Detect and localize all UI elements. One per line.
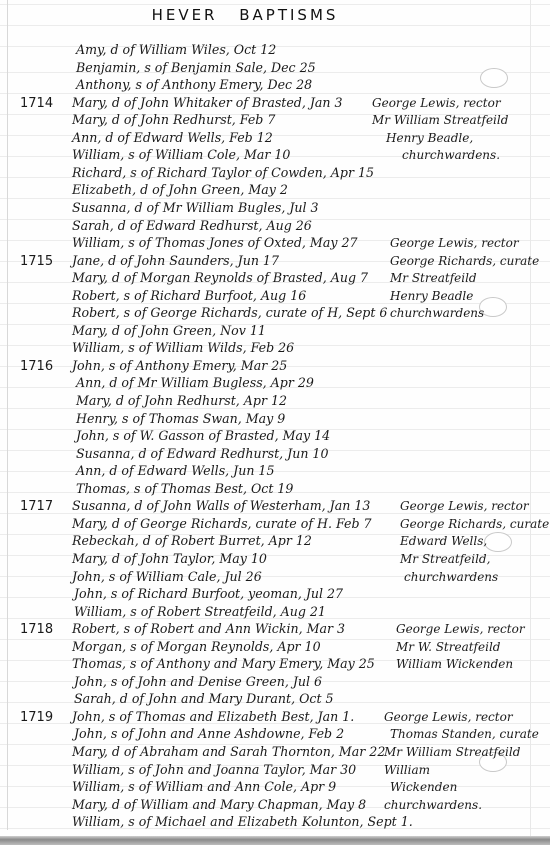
baptism-entry: Ann, d of Mr William Bugless, Apr 29 (76, 377, 314, 390)
baptism-entry: William, s of William Cole, Mar 10 (72, 149, 290, 162)
baptism-entry: John, s of Richard Burfoot, yeoman, Jul … (74, 588, 343, 601)
signature-line: churchwardens. (402, 149, 500, 161)
baptism-entry: Jane, d of John Saunders, Jun 17 (72, 255, 279, 268)
signature-line: Edward Wells, (400, 535, 487, 547)
baptism-entry: John, s of Anthony Emery, Mar 25 (72, 360, 287, 373)
baptism-entry: Susanna, d of Mr William Bugles, Jul 3 (72, 202, 319, 215)
page-title: HEVER BAPTISMS (0, 6, 490, 24)
baptism-entry: Mary, d of John Taylor, May 10 (72, 553, 267, 566)
baptism-entry: Elizabeth, d of John Green, May 2 (72, 184, 288, 197)
signature-line: Mr Streatfeild (390, 272, 477, 284)
baptism-entry: Thomas, s of Thomas Best, Oct 19 (76, 483, 293, 496)
baptism-entry: Mary, d of George Richards, curate of H.… (72, 518, 372, 531)
baptism-entry: William, s of Robert Streatfeild, Aug 21 (74, 606, 326, 619)
baptism-entry: Morgan, s of Morgan Reynolds, Apr 10 (72, 641, 321, 654)
baptism-entry: Mary, d of Abraham and Sarah Thornton, M… (72, 746, 385, 759)
baptism-entry: Ann, d of Edward Wells, Feb 12 (72, 132, 273, 145)
baptism-entry: Mary, d of Morgan Reynolds of Brasted, A… (72, 272, 368, 285)
baptism-entry: Robert, s of Richard Burfoot, Aug 16 (72, 290, 306, 303)
baptism-entry: Benjamin, s of Benjamin Sale, Dec 25 (76, 62, 316, 75)
margin-rule (7, 0, 8, 830)
baptism-entry: Henry, s of Thomas Swan, May 9 (76, 413, 285, 426)
baptism-entry: John, s of John and Denise Green, Jul 6 (74, 676, 322, 689)
signature-line: William (384, 764, 430, 776)
baptism-entry: Amy, d of William Wiles, Oct 12 (76, 44, 276, 57)
baptism-entry: Mary, d of John Green, Nov 11 (72, 325, 266, 338)
baptism-entry: Mary, d of John Redhurst, Apr 12 (76, 395, 287, 408)
baptism-entry: Rebeckah, d of Robert Burret, Apr 12 (72, 535, 312, 548)
signature-line: George Richards, curate (390, 255, 539, 267)
baptism-entry: William, s of William and Ann Cole, Apr … (72, 781, 336, 794)
signature-line: Mr William Streatfeild (384, 746, 520, 758)
punch-hole (480, 68, 508, 88)
year-label: 1717 (20, 499, 53, 514)
signature-line: George Lewis, rector (384, 711, 513, 723)
signature-line: churchwardens. (384, 799, 482, 811)
signature-line: Henry Beadle (390, 290, 473, 302)
signature-line: Mr Streatfeild, (400, 553, 490, 565)
signature-line: Mr William Streatfeild (372, 114, 508, 126)
signature-line: George Lewis, rector (390, 237, 519, 249)
signature-line: George Lewis, rector (372, 97, 501, 109)
signature-line: Henry Beadle, (386, 132, 473, 144)
page-title-text: HEVER BAPTISMS (152, 6, 339, 24)
page-bottom-edge (0, 836, 550, 845)
signature-line: Thomas Standen, curate (390, 728, 539, 740)
handwritten-register-page: HEVER BAPTISMS 171417151716171717181719 … (0, 0, 550, 845)
baptism-entry: Mary, d of John Whitaker of Brasted, Jan… (72, 97, 343, 110)
signature-line: churchwardens (390, 307, 484, 319)
punch-hole (484, 532, 512, 552)
baptism-entry: William, s of Michael and Elizabeth Kolu… (72, 816, 413, 829)
signature-line: William Wickenden (396, 658, 513, 670)
baptism-entry: John, s of Thomas and Elizabeth Best, Ja… (72, 711, 354, 724)
signature-line: Mr W. Streatfeild (396, 641, 500, 653)
signature-line: Wickenden (390, 781, 457, 793)
baptism-entry: Ann, d of Edward Wells, Jun 15 (76, 465, 274, 478)
year-label: 1716 (20, 359, 53, 374)
baptism-entry: Robert, s of Robert and Ann Wickin, Mar … (72, 623, 345, 636)
baptism-entry: Mary, d of John Redhurst, Feb 7 (72, 114, 275, 127)
year-label: 1714 (20, 96, 53, 111)
baptism-entry: Richard, s of Richard Taylor of Cowden, … (72, 167, 374, 180)
baptism-entry: John, s of W. Gasson of Brasted, May 14 (76, 430, 330, 443)
baptism-entry: William, s of Thomas Jones of Oxted, May… (72, 237, 357, 250)
baptism-entry: Anthony, s of Anthony Emery, Dec 28 (76, 79, 312, 92)
baptism-entry: Sarah, d of Edward Redhurst, Aug 26 (72, 220, 312, 233)
baptism-entry: Robert, s of George Richards, curate of … (72, 307, 387, 320)
baptism-entry: John, s of William Cale, Jul 26 (72, 571, 262, 584)
baptism-entry: Sarah, d of John and Mary Durant, Oct 5 (74, 693, 334, 706)
baptism-entry: Susanna, d of John Walls of Westerham, J… (72, 500, 370, 513)
year-label: 1715 (20, 254, 53, 269)
baptism-entry: William, s of John and Joanna Taylor, Ma… (72, 764, 356, 777)
baptism-entry: Thomas, s of Anthony and Mary Emery, May… (72, 658, 375, 671)
baptism-entry: John, s of John and Anne Ashdowne, Feb 2 (74, 728, 344, 741)
signature-line: churchwardens (404, 571, 498, 583)
signature-line: George Lewis, rector (396, 623, 525, 635)
signature-line: George Lewis, rector (400, 500, 529, 512)
baptism-entry: Susanna, d of Edward Redhurst, Jun 10 (76, 448, 328, 461)
year-label: 1718 (20, 622, 53, 637)
page-edge (530, 0, 531, 845)
baptism-entry: Mary, d of William and Mary Chapman, May… (72, 799, 366, 812)
baptism-entry: William, s of William Wilds, Feb 26 (72, 342, 294, 355)
signature-line: George Richards, curate (400, 518, 549, 530)
year-label: 1719 (20, 710, 53, 725)
